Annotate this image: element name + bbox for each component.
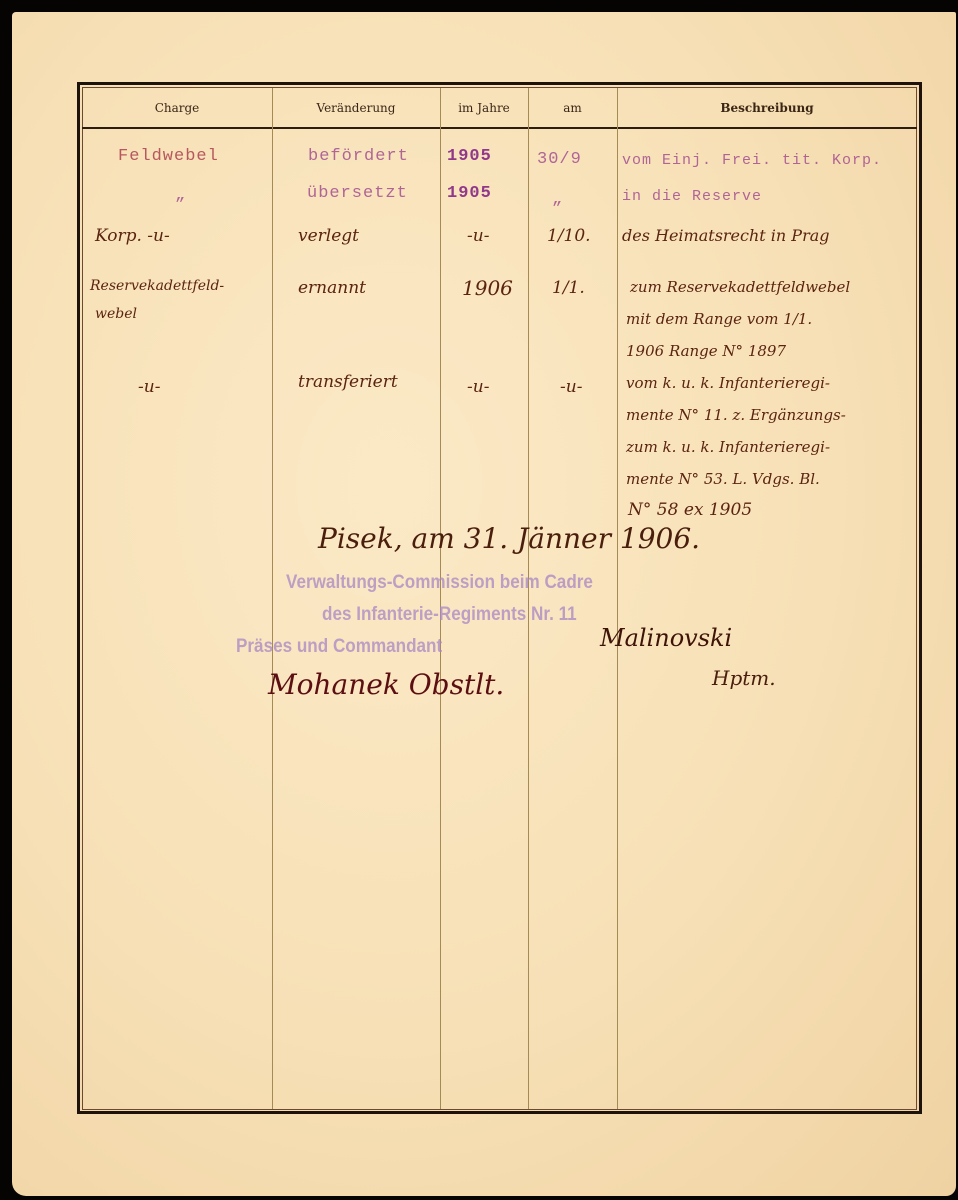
row4-charge: Reservekadettfeld- — [90, 278, 224, 294]
row5-jahr: -u- — [467, 377, 489, 397]
signature-right-suffix: Hptm. — [712, 666, 776, 690]
header-am: am — [528, 96, 617, 120]
row3-charge: Korp. -u- — [95, 226, 170, 246]
header-veraenderung: Veränderung — [272, 96, 440, 120]
column-divider — [440, 88, 441, 1109]
row3-jahr: -u- — [467, 226, 489, 246]
column-divider — [528, 88, 529, 1109]
row5-charge: -u- — [138, 377, 160, 397]
row2-am: „ — [552, 190, 563, 209]
description-line: mente N° 53. L. Vdgs. Bl. — [626, 470, 820, 488]
header-separator — [82, 127, 917, 129]
stamp-line-1: Verwaltungs-Commission beim Cadre — [286, 572, 593, 594]
description-line: mente N° 11. z. Ergänzungs- — [626, 406, 846, 424]
header-jahr: im Jahre — [440, 96, 528, 120]
column-divider — [617, 88, 618, 1109]
row1-veraenderung: befördert — [308, 147, 409, 166]
row2-charge: „ — [175, 186, 186, 205]
row1-charge: Feldwebel — [118, 147, 219, 166]
header-charge: Charge — [82, 96, 272, 120]
header-beschreibung: Beschreibung — [617, 96, 917, 120]
description-line: mit dem Range vom 1/1. — [626, 310, 812, 328]
row4-veraenderung: ernannt — [298, 278, 366, 298]
description-line: zum k. u. k. Infanterieregi- — [626, 438, 830, 456]
signature-right: Malinovski — [600, 624, 732, 652]
row3-am: 1/10. — [547, 226, 591, 246]
signature-left: Mohanek Obstlt. — [268, 668, 504, 701]
row3-beschreibung: des Heimatsrecht in Prag — [622, 226, 830, 245]
row4-beschreibung: zum Reservekadettfeldwebel — [630, 278, 850, 296]
row4-charge-cont: webel — [95, 306, 137, 322]
row1-jahr: 1905 — [447, 147, 492, 166]
place-date: Pisek, am 31. Jänner 1906. — [318, 522, 700, 555]
row2-beschreibung: in die Reserve — [622, 188, 762, 205]
stamp-line-2: des Infanterie-Regiments Nr. 11 — [322, 604, 577, 626]
row5-veraenderung: transferiert — [298, 372, 398, 392]
row4-am: 1/1. — [552, 278, 585, 298]
row3-veraenderung: verlegt — [298, 226, 359, 246]
column-divider — [272, 88, 273, 1109]
description-line: 1906 Range N° 1897 — [626, 342, 786, 360]
row1-am: 30/9 — [537, 150, 582, 169]
description-line: N° 58 ex 1905 — [628, 500, 752, 520]
row5-am: -u- — [560, 377, 582, 397]
stamp-line-3: Präses und Commandant — [236, 636, 442, 658]
row4-jahr: 1906 — [462, 276, 513, 300]
row1-beschreibung: vom Einj. Frei. tit. Korp. — [622, 152, 882, 169]
description-line: vom k. u. k. Infanterieregi- — [626, 374, 830, 392]
row2-jahr: 1905 — [447, 184, 492, 203]
row2-veraenderung: übersetzt — [307, 184, 408, 203]
